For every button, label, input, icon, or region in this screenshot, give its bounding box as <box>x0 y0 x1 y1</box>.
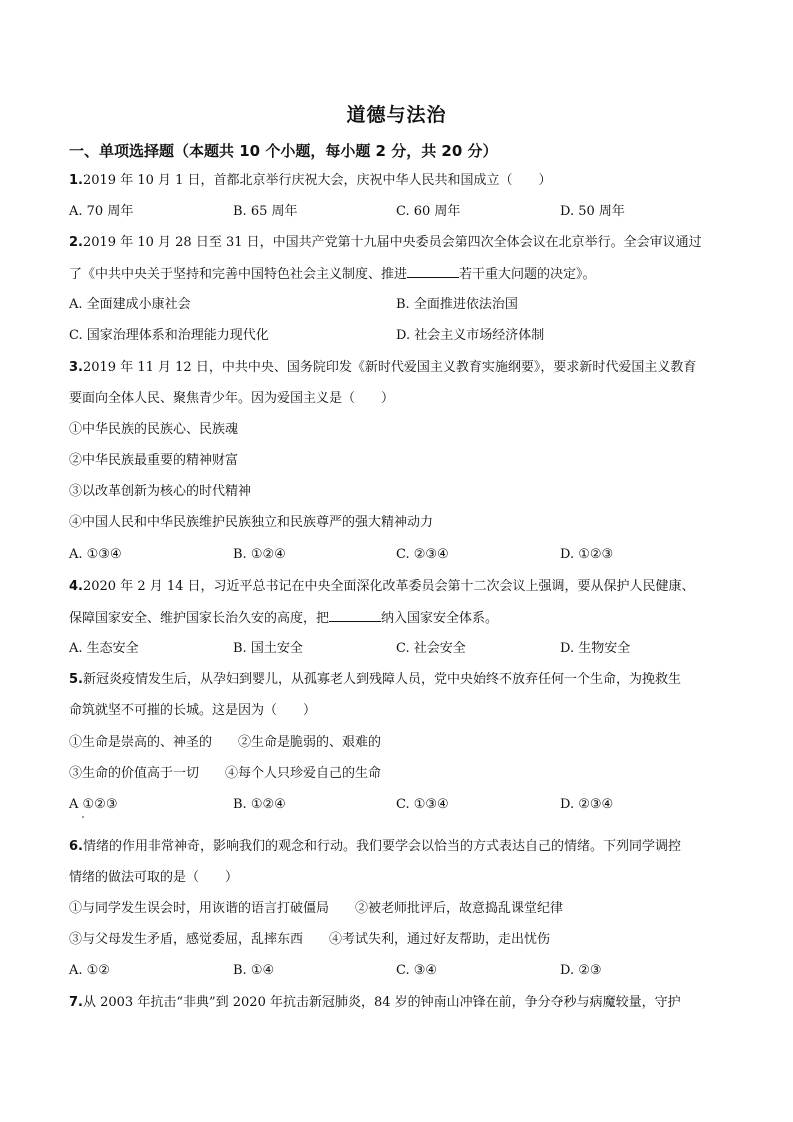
option-d[interactable]: D. 50 周年 <box>560 203 625 221</box>
statements-row-2: ③生命的价值高于一切 ④每个人只珍爱自己的生命 <box>69 765 381 783</box>
option-a[interactable]: A. ①② <box>69 962 110 980</box>
option-d[interactable]: D. ②③ <box>560 962 602 980</box>
question-text: 保障国家安全、维护国家长治久安的高度，把 <box>69 611 329 626</box>
section-heading: 一、单项选择题（本题共 10 个小题，每小题 2 分，共 20 分） <box>69 140 498 161</box>
option-c[interactable]: C. 社会安全 <box>396 640 466 658</box>
question-number: 2. <box>69 235 83 250</box>
option-b[interactable]: B. ①④ <box>233 962 274 980</box>
question-text: 2020 年 2 月 14 日，习近平总书记在中央全面深化改革委员会第十二次会议… <box>83 579 695 594</box>
statement-1: ①中华民族的民族心、民族魂 <box>69 421 238 439</box>
option-c[interactable]: C. 60 周年 <box>396 203 460 221</box>
question-2-stem-line-1: 2.2019 年 10 月 28 日至 31 日，中国共产党第十九届中央委员会第… <box>69 234 702 252</box>
question-text: 2019 年 11 月 12 日，中共中央、国务院印发《新时代爱国主义教育实施纲… <box>83 360 696 375</box>
option-d[interactable]: D. 生物安全 <box>560 640 630 658</box>
option-c[interactable]: C. ③④ <box>396 962 437 980</box>
question-6-stem-line-2: 情绪的做法可取的是（ ） <box>69 869 238 887</box>
option-b[interactable]: B. 65 周年 <box>233 203 298 221</box>
option-b[interactable]: B. 国土安全 <box>233 640 303 658</box>
option-a[interactable]: A ①②③ <box>69 796 117 814</box>
fill-blank <box>407 265 459 278</box>
question-text: 纳入国家安全体系。 <box>381 611 498 626</box>
option-c[interactable]: C. ①③④ <box>396 796 449 814</box>
question-1-stem: 1.2019 年 10 月 1 日，首都北京举行庆祝大会，庆祝中华人民共和国成立… <box>69 172 552 190</box>
question-text: 2019 年 10 月 28 日至 31 日，中国共产党第十九届中央委员会第四次… <box>83 235 702 250</box>
option-a[interactable]: A. 生态安全 <box>69 640 139 658</box>
question-number: 5. <box>69 672 83 687</box>
question-text: 情绪的作用非常神奇，影响我们的观念和行动。我们要学会以恰当的方式表达自己的情绪。… <box>83 839 681 854</box>
option-d[interactable]: D. ①②③ <box>560 546 613 564</box>
statements-row-2: ③与父母发生矛盾，感觉委屈，乱摔东西 ④考试失利，通过好友帮助，走出忧伤 <box>69 931 550 949</box>
question-5-stem-line-1: 5.新冠炎疫情发生后，从孕妇到婴儿，从孤寡老人到残障人员，党中央始终不放弃任何一… <box>69 671 681 689</box>
question-text: 2019 年 10 月 1 日，首都北京举行庆祝大会，庆祝中华人民共和国成立（ … <box>83 173 552 188</box>
question-4-stem-line-1: 4.2020 年 2 月 14 日，习近平总书记在中央全面深化改革委员会第十二次… <box>69 578 695 596</box>
statement-4: ④中国人民和中华民族维护民族独立和民族尊严的强大精神动力 <box>69 514 433 532</box>
statement-2: ②中华民族最重要的精神财富 <box>69 452 238 470</box>
option-c[interactable]: C. 国家治理体系和治理能力现代化 <box>69 327 269 345</box>
fill-blank <box>329 609 381 622</box>
statement-3: ③以改革创新为核心的时代精神 <box>69 483 251 501</box>
question-number: 7. <box>69 995 83 1010</box>
option-b[interactable]: B. ①②④ <box>233 546 286 564</box>
question-6-stem-line-1: 6.情绪的作用非常神奇，影响我们的观念和行动。我们要学会以恰当的方式表达自己的情… <box>69 838 681 856</box>
document-title: 道德与法治 <box>0 100 793 127</box>
option-c[interactable]: C. ②③④ <box>396 546 449 564</box>
option-a[interactable]: A. 70 周年 <box>69 203 133 221</box>
stray-mark <box>82 816 84 818</box>
option-d[interactable]: D. 社会主义市场经济体制 <box>396 327 544 345</box>
question-2-stem-line-2: 了《中共中央关于坚持和完善中国特色社会主义制度、推进若干重大问题的决定》。 <box>69 265 596 284</box>
question-number: 3. <box>69 360 83 375</box>
question-number: 4. <box>69 579 83 594</box>
question-text: 新冠炎疫情发生后，从孕妇到婴儿，从孤寡老人到残障人员，党中央始终不放弃任何一个生… <box>83 672 681 687</box>
question-number: 6. <box>69 839 83 854</box>
question-text: 从 2003 年抗击“非典”到 2020 年抗击新冠肺炎，84 岁的钟南山冲锋在… <box>83 995 681 1010</box>
question-7-stem-line-1: 7.从 2003 年抗击“非典”到 2020 年抗击新冠肺炎，84 岁的钟南山冲… <box>69 994 681 1012</box>
option-d[interactable]: D. ②③④ <box>560 796 613 814</box>
question-5-stem-line-2: 命筑就坚不可摧的长城。这是因为（ ） <box>69 702 316 720</box>
question-number: 1. <box>69 173 83 188</box>
question-3-stem-line-2: 要面向全体人民、聚焦青少年。因为爱国主义是（ ） <box>69 390 394 408</box>
option-b[interactable]: B. 全面推进依法治国 <box>396 296 518 314</box>
exam-page: 道德与法治 一、单项选择题（本题共 10 个小题，每小题 2 分，共 20 分）… <box>0 0 793 1122</box>
option-b[interactable]: B. ①②④ <box>233 796 286 814</box>
question-4-stem-line-2: 保障国家安全、维护国家长治久安的高度，把纳入国家安全体系。 <box>69 609 498 628</box>
option-a[interactable]: A. 全面建成小康社会 <box>69 296 191 314</box>
question-3-stem-line-1: 3.2019 年 11 月 12 日，中共中央、国务院印发《新时代爱国主义教育实… <box>69 359 696 377</box>
statements-row-1: ①与同学发生误会时，用诙谐的语言打破僵局 ②被老师批评后，故意捣乱课堂纪律 <box>69 900 563 918</box>
statements-row-1: ①生命是崇高的、神圣的 ②生命是脆弱的、艰难的 <box>69 734 381 752</box>
question-text: 了《中共中央关于坚持和完善中国特色社会主义制度、推进 <box>69 267 407 282</box>
question-text: 若干重大问题的决定》。 <box>459 267 596 282</box>
option-a[interactable]: A. ①③④ <box>69 546 122 564</box>
